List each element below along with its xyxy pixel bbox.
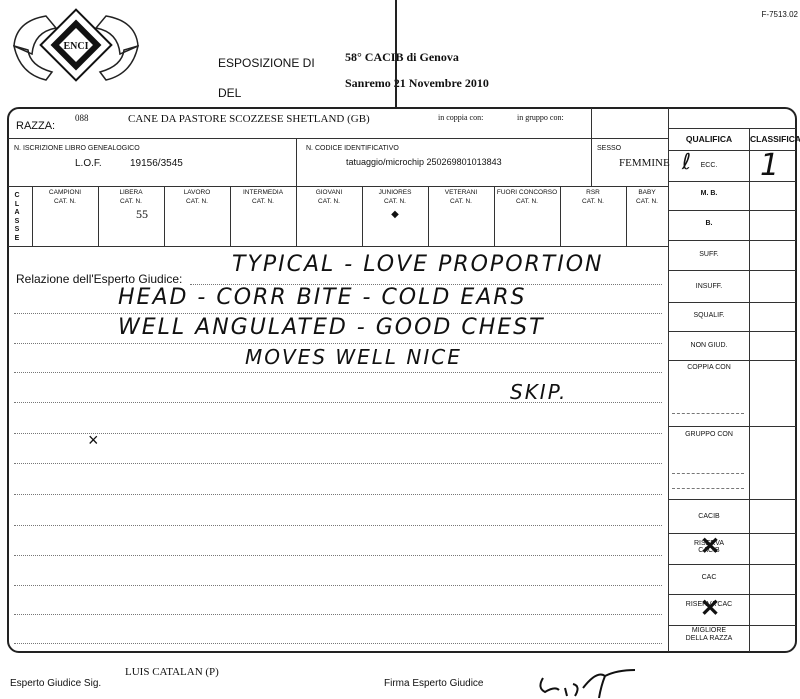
fold-line [395, 0, 397, 108]
qualifica-non-giud[interactable]: NON GIUD. [672, 342, 746, 349]
migliore-della-razza[interactable]: MIGLIORE DELLA RAZZA [684, 627, 734, 643]
identification-label: N. CODICE IDENTIFICATIVO [306, 145, 399, 152]
group-label: in gruppo con: [517, 113, 564, 122]
event-date: Sanremo 21 Novembre 2010 [345, 76, 489, 91]
report-line-5[interactable]: SKIP. [510, 380, 567, 404]
classifica-header: CLASSIFICA [750, 134, 798, 144]
classe-side-label: CLASSE [12, 192, 22, 243]
qualifica-squalif[interactable]: SQUALIF. [672, 312, 746, 319]
class-baby[interactable]: BABY CAT. N. [602, 188, 668, 206]
registration-label: N. ISCRIZIONE LIBRO GENEALOGICO [14, 145, 140, 152]
ink-cross-mark: × [88, 430, 99, 451]
breed-name: CANE DA PASTORE SCOZZESE SHETLAND (GB) [128, 113, 370, 125]
identification-value: tatuaggio/microchip 250269801013843 [346, 157, 502, 167]
ecc-circle-mark: ℓ [682, 150, 693, 175]
signature-scribble-icon [535, 666, 645, 698]
qualifica-header: QUALIFICA [669, 134, 749, 144]
qualifica-b[interactable]: B. [672, 220, 746, 227]
classifica-value[interactable]: 1 [760, 148, 781, 183]
enci-logo: ENCI [6, 6, 146, 96]
cross-out-mark: ✕ [700, 594, 720, 623]
form-code: F-7513.02 [762, 10, 798, 19]
del-label: DEL [218, 86, 241, 100]
report-line-3[interactable]: WELL ANGULATED - GOOD CHEST [118, 315, 545, 340]
cac[interactable]: CAC [672, 574, 746, 581]
coppia-con[interactable]: COPPIA CON [676, 364, 742, 371]
libera-cat-number: 55 [98, 210, 164, 219]
class-libera[interactable]: LIBERA CAT. N. 55 [98, 188, 164, 219]
signature-label: Firma Esperto Giudice [384, 678, 483, 689]
esposizione-label: ESPOSIZIONE DI [218, 56, 315, 70]
qualifica-mb[interactable]: M. B. [672, 190, 746, 197]
class-intermedia[interactable]: INTERMEDIA CAT. N. [230, 188, 296, 206]
class-juniores[interactable]: JUNIORES CAT. N. ◆ [362, 188, 428, 219]
sex-value: FEMMINE [619, 157, 670, 169]
cross-out-mark: ✕ [700, 532, 720, 561]
judge-name: LUIS CATALAN (P) [125, 666, 219, 678]
report-line-4[interactable]: MOVES WELL NICE [245, 345, 462, 369]
event-name: 58° CACIB di Genova [345, 50, 459, 65]
qualifica-suff[interactable]: SUFF. [672, 251, 746, 258]
class-campioni[interactable]: CAMPIONI CAT. N. [32, 188, 98, 206]
judge-signature[interactable] [535, 666, 645, 699]
ink-mark: ◆ [362, 210, 428, 219]
svg-text:ENCI: ENCI [63, 41, 88, 52]
class-lavoro[interactable]: LAVORO CAT. N. [164, 188, 230, 206]
pair-label: in coppia con: [438, 113, 483, 122]
registration-number: 19156/3545 [130, 158, 183, 169]
class-veterani[interactable]: VETERANI CAT. N. [428, 188, 494, 206]
gruppo-con[interactable]: GRUPPO CON [679, 431, 739, 438]
class-fuori-concorso[interactable]: FUORI CONCORSO CAT. N. [494, 188, 560, 206]
class-giovani[interactable]: GIOVANI CAT. N. [296, 188, 362, 206]
breed-code: 088 [75, 113, 89, 123]
judge-label: Esperto Giudice Sig. [10, 678, 101, 689]
report-label: Relazione dell'Esperto Giudice: [16, 272, 182, 286]
qualifica-insuff[interactable]: INSUFF. [672, 283, 746, 290]
breed-label: RAZZA: [16, 120, 55, 132]
cacib[interactable]: CACIB [672, 513, 746, 520]
report-line-1[interactable]: TYPICAL - LOVE PROPORTION [232, 252, 604, 277]
sex-label: SESSO [597, 145, 621, 152]
enci-emblem-icon: ENCI [6, 6, 146, 96]
registration-book: L.O.F. [75, 158, 102, 169]
report-line-2[interactable]: HEAD - CORR BITE - COLD EARS [118, 285, 527, 310]
